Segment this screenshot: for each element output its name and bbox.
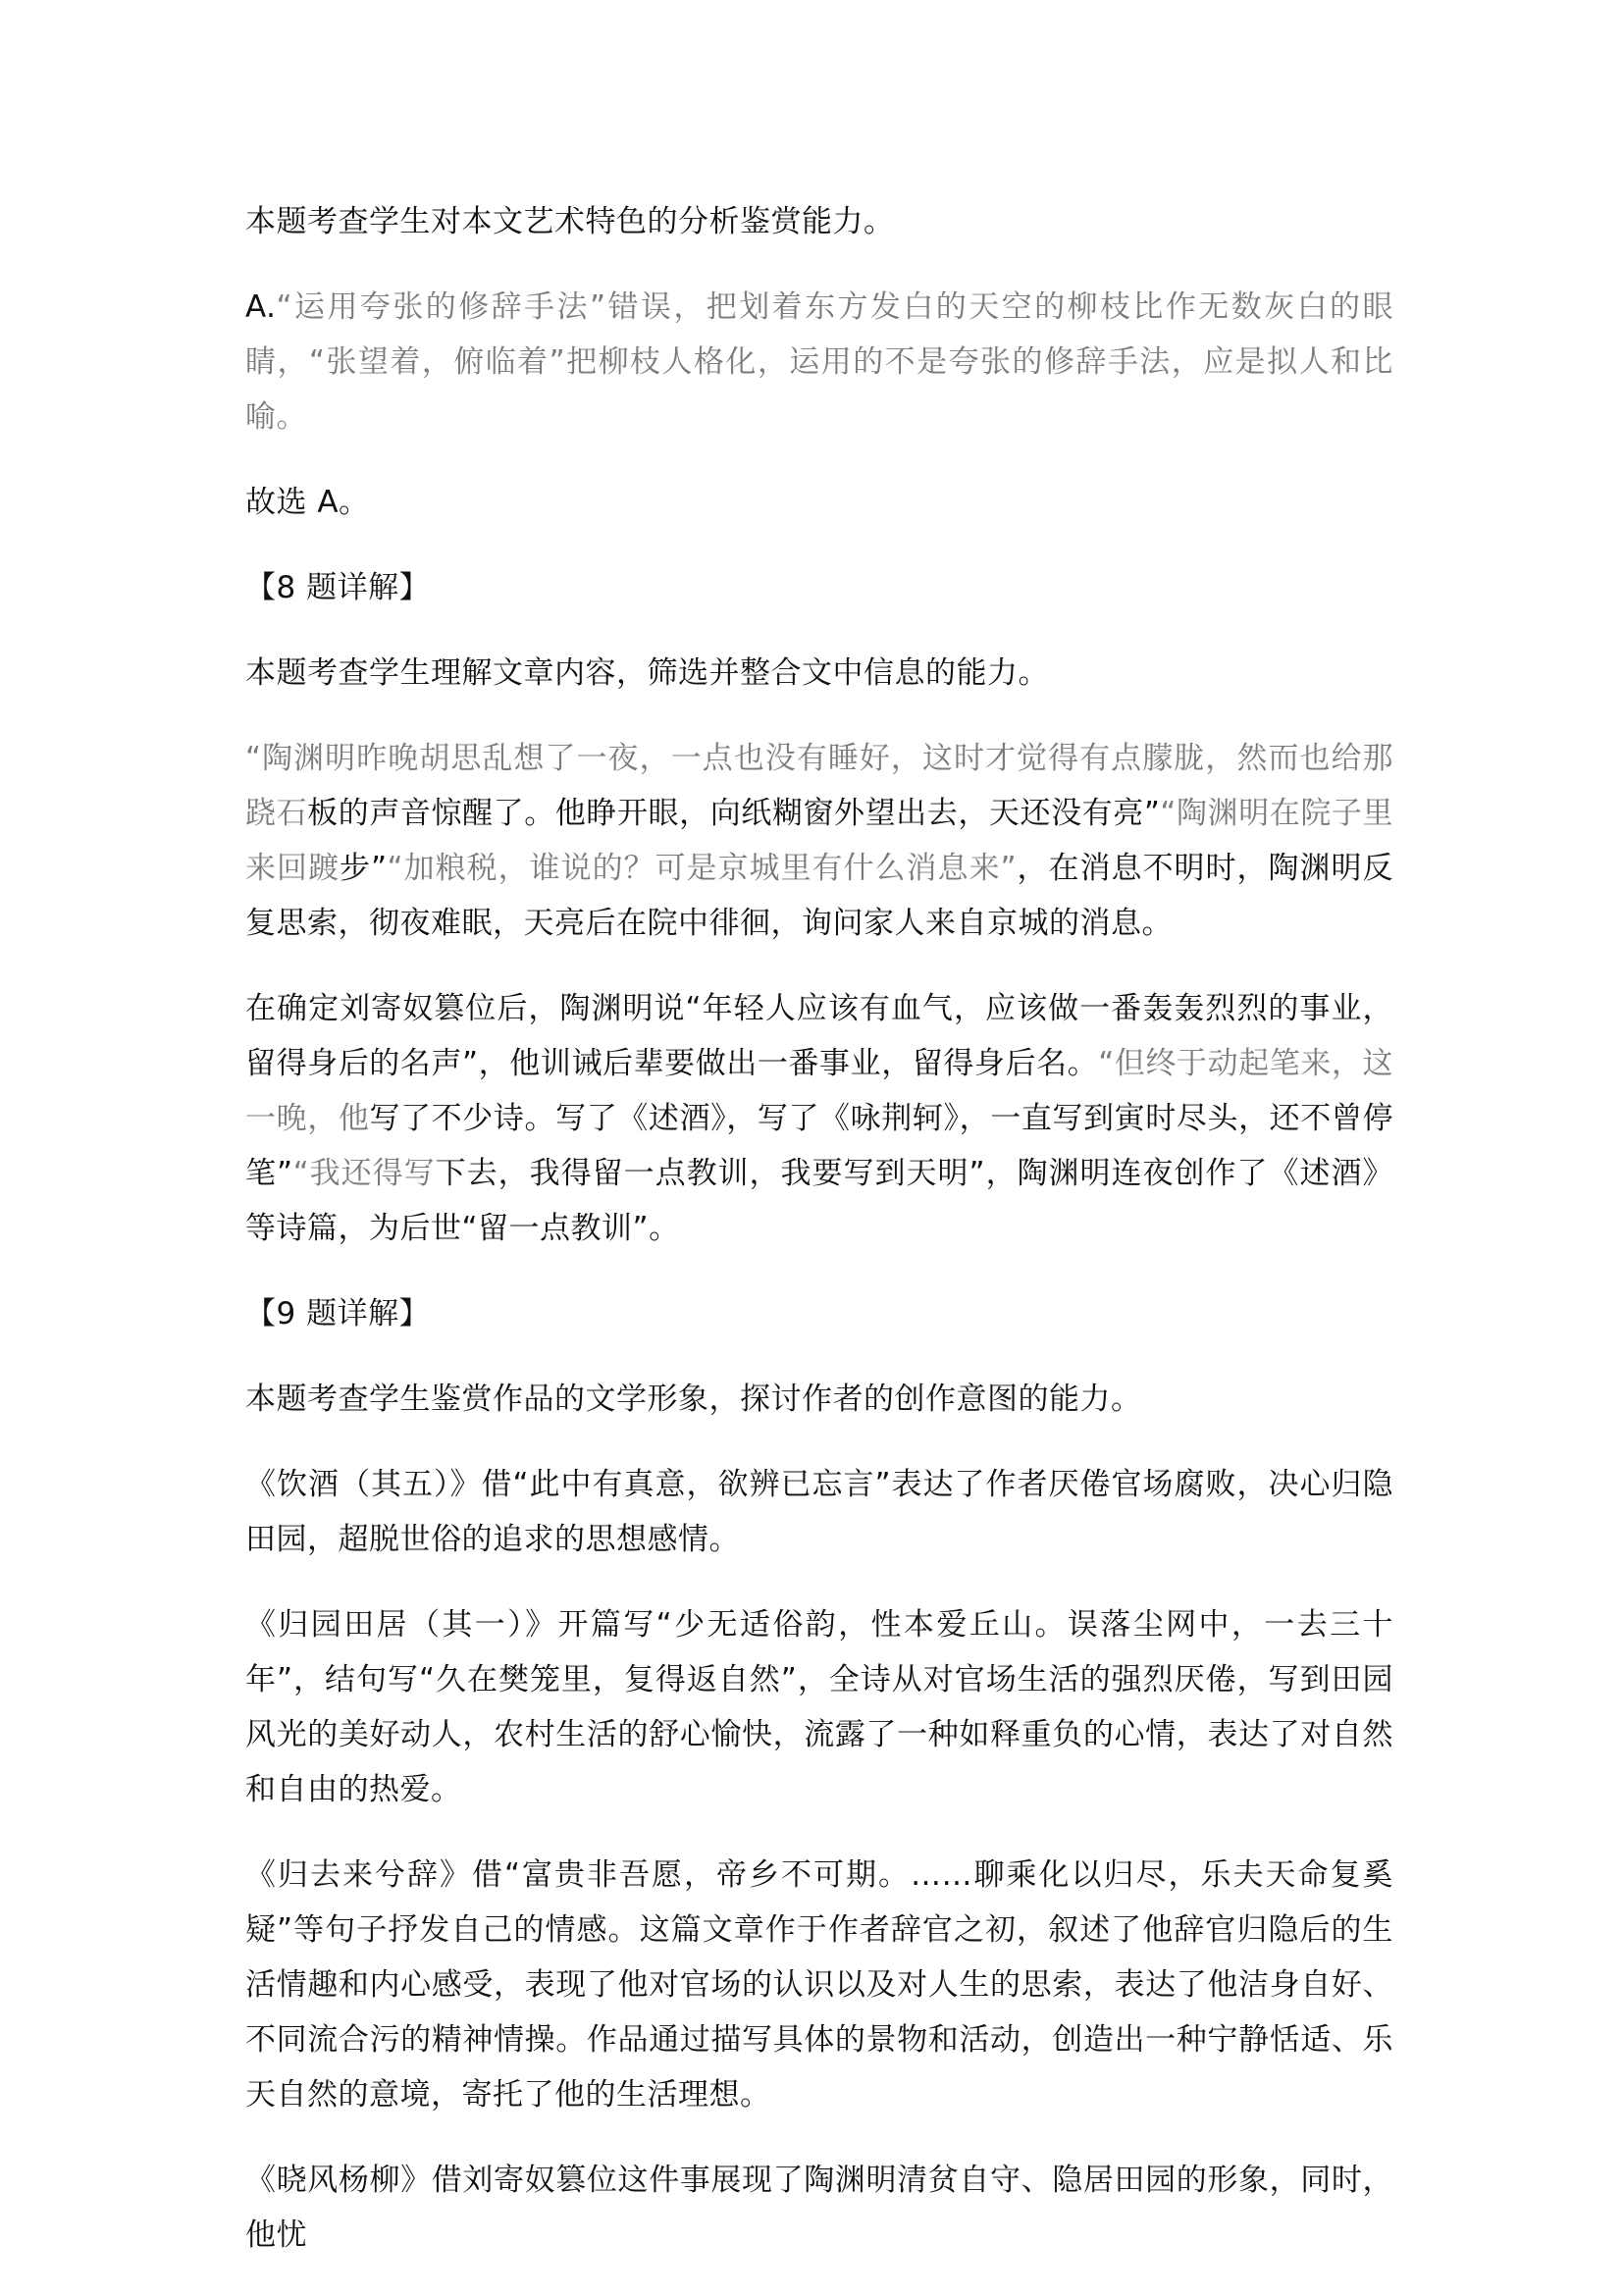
paragraph: A.“运用夸张的修辞手法”错误，把划着东方发白的天空的柳枝比作无数灰白的眼睛，“…: [245, 280, 1393, 444]
body-text: 【8 题详解】: [245, 570, 430, 605]
body-text: 本题考查学生理解文章内容，筛选并整合文中信息的能力。: [245, 655, 1049, 691]
document-page: 本题考查学生对本文艺术特色的分析鉴赏能力。A.“运用夸张的修辞手法”错误，把划着…: [245, 194, 1393, 2293]
body-text: 本题考查学生对本文艺术特色的分析鉴赏能力。: [245, 204, 895, 239]
section-heading: 【9 题详解】: [245, 1286, 1393, 1341]
paragraph: 《归园田居（其一）》开篇写“少无适俗韵，性本爱丘山。误落尘网中，一去三十年”，结…: [245, 1597, 1393, 1817]
body-text: 板的声音惊醒了。他睁开眼，向纸糊窗外望出去，天还没有亮”: [307, 796, 1160, 831]
body-text: 《晓风杨柳》借刘寄奴篡位这件事展现了陶渊明清贫自守、隐居田园的形象，同时，他忧: [245, 2163, 1393, 2253]
body-text: 【9 题详解】: [245, 1296, 430, 1331]
paragraph: 本题考查学生鉴赏作品的文学形象，探讨作者的创作意图的能力。: [245, 1372, 1393, 1427]
body-text: 故选 A。: [245, 485, 370, 520]
paragraph: 在确定刘寄奴篡位后，陶渊明说“年轻人应该有血气，应该做一番轰轰烈烈的事业，留得身…: [245, 981, 1393, 1256]
body-text: 步”: [340, 851, 388, 886]
body-text: 《归去来兮辞》借“富贵非吾愿，帝乡不可期。……聊乘化以归尽，乐夫天命复奚疑”等句…: [245, 1857, 1393, 2113]
section-heading: 【8 题详解】: [245, 560, 1393, 615]
body-text: 本题考查学生鉴赏作品的文学形象，探讨作者的创作意图的能力。: [245, 1382, 1142, 1417]
paragraph: 《饮酒（其五）》借“此中有真意，欲辨已忘言”表达了作者厌倦官场腐败，决心归隐田园…: [245, 1457, 1393, 1567]
body-text: 《归园田居（其一）》开篇写“少无适俗韵，性本爱丘山。误落尘网中，一去三十年”，结…: [245, 1607, 1393, 1807]
paragraph: 本题考查学生理解文章内容，筛选并整合文中信息的能力。: [245, 646, 1393, 701]
quoted-text: “我还得写: [293, 1156, 436, 1191]
paragraph: 故选 A。: [245, 475, 1393, 530]
paragraph: 《归去来兮辞》借“富贵非吾愿，帝乡不可期。……聊乘化以归尽，乐夫天命复奚疑”等句…: [245, 1848, 1393, 2122]
quoted-text: “运用夸张的修辞手法”错误，把划着东方发白的天空的柳枝比作无数灰白的眼睛，“张望…: [245, 289, 1393, 435]
quoted-text: “加粮税，谁说的？可是京城里有什么消息来”: [388, 851, 1018, 886]
paragraph: “陶渊明昨晚胡思乱想了一夜，一点也没有睡好，这时才觉得有点朦胧，然而也给那跷石板…: [245, 731, 1393, 951]
body-text: A.: [245, 289, 277, 325]
paragraph: 本题考查学生对本文艺术特色的分析鉴赏能力。: [245, 194, 1393, 249]
paragraph: 《晓风杨柳》借刘寄奴篡位这件事展现了陶渊明清贫自守、隐居田园的形象，同时，他忧: [245, 2153, 1393, 2263]
body-text: 《饮酒（其五）》借“此中有真意，欲辨已忘言”表达了作者厌倦官场腐败，决心归隐田园…: [245, 1467, 1393, 1557]
